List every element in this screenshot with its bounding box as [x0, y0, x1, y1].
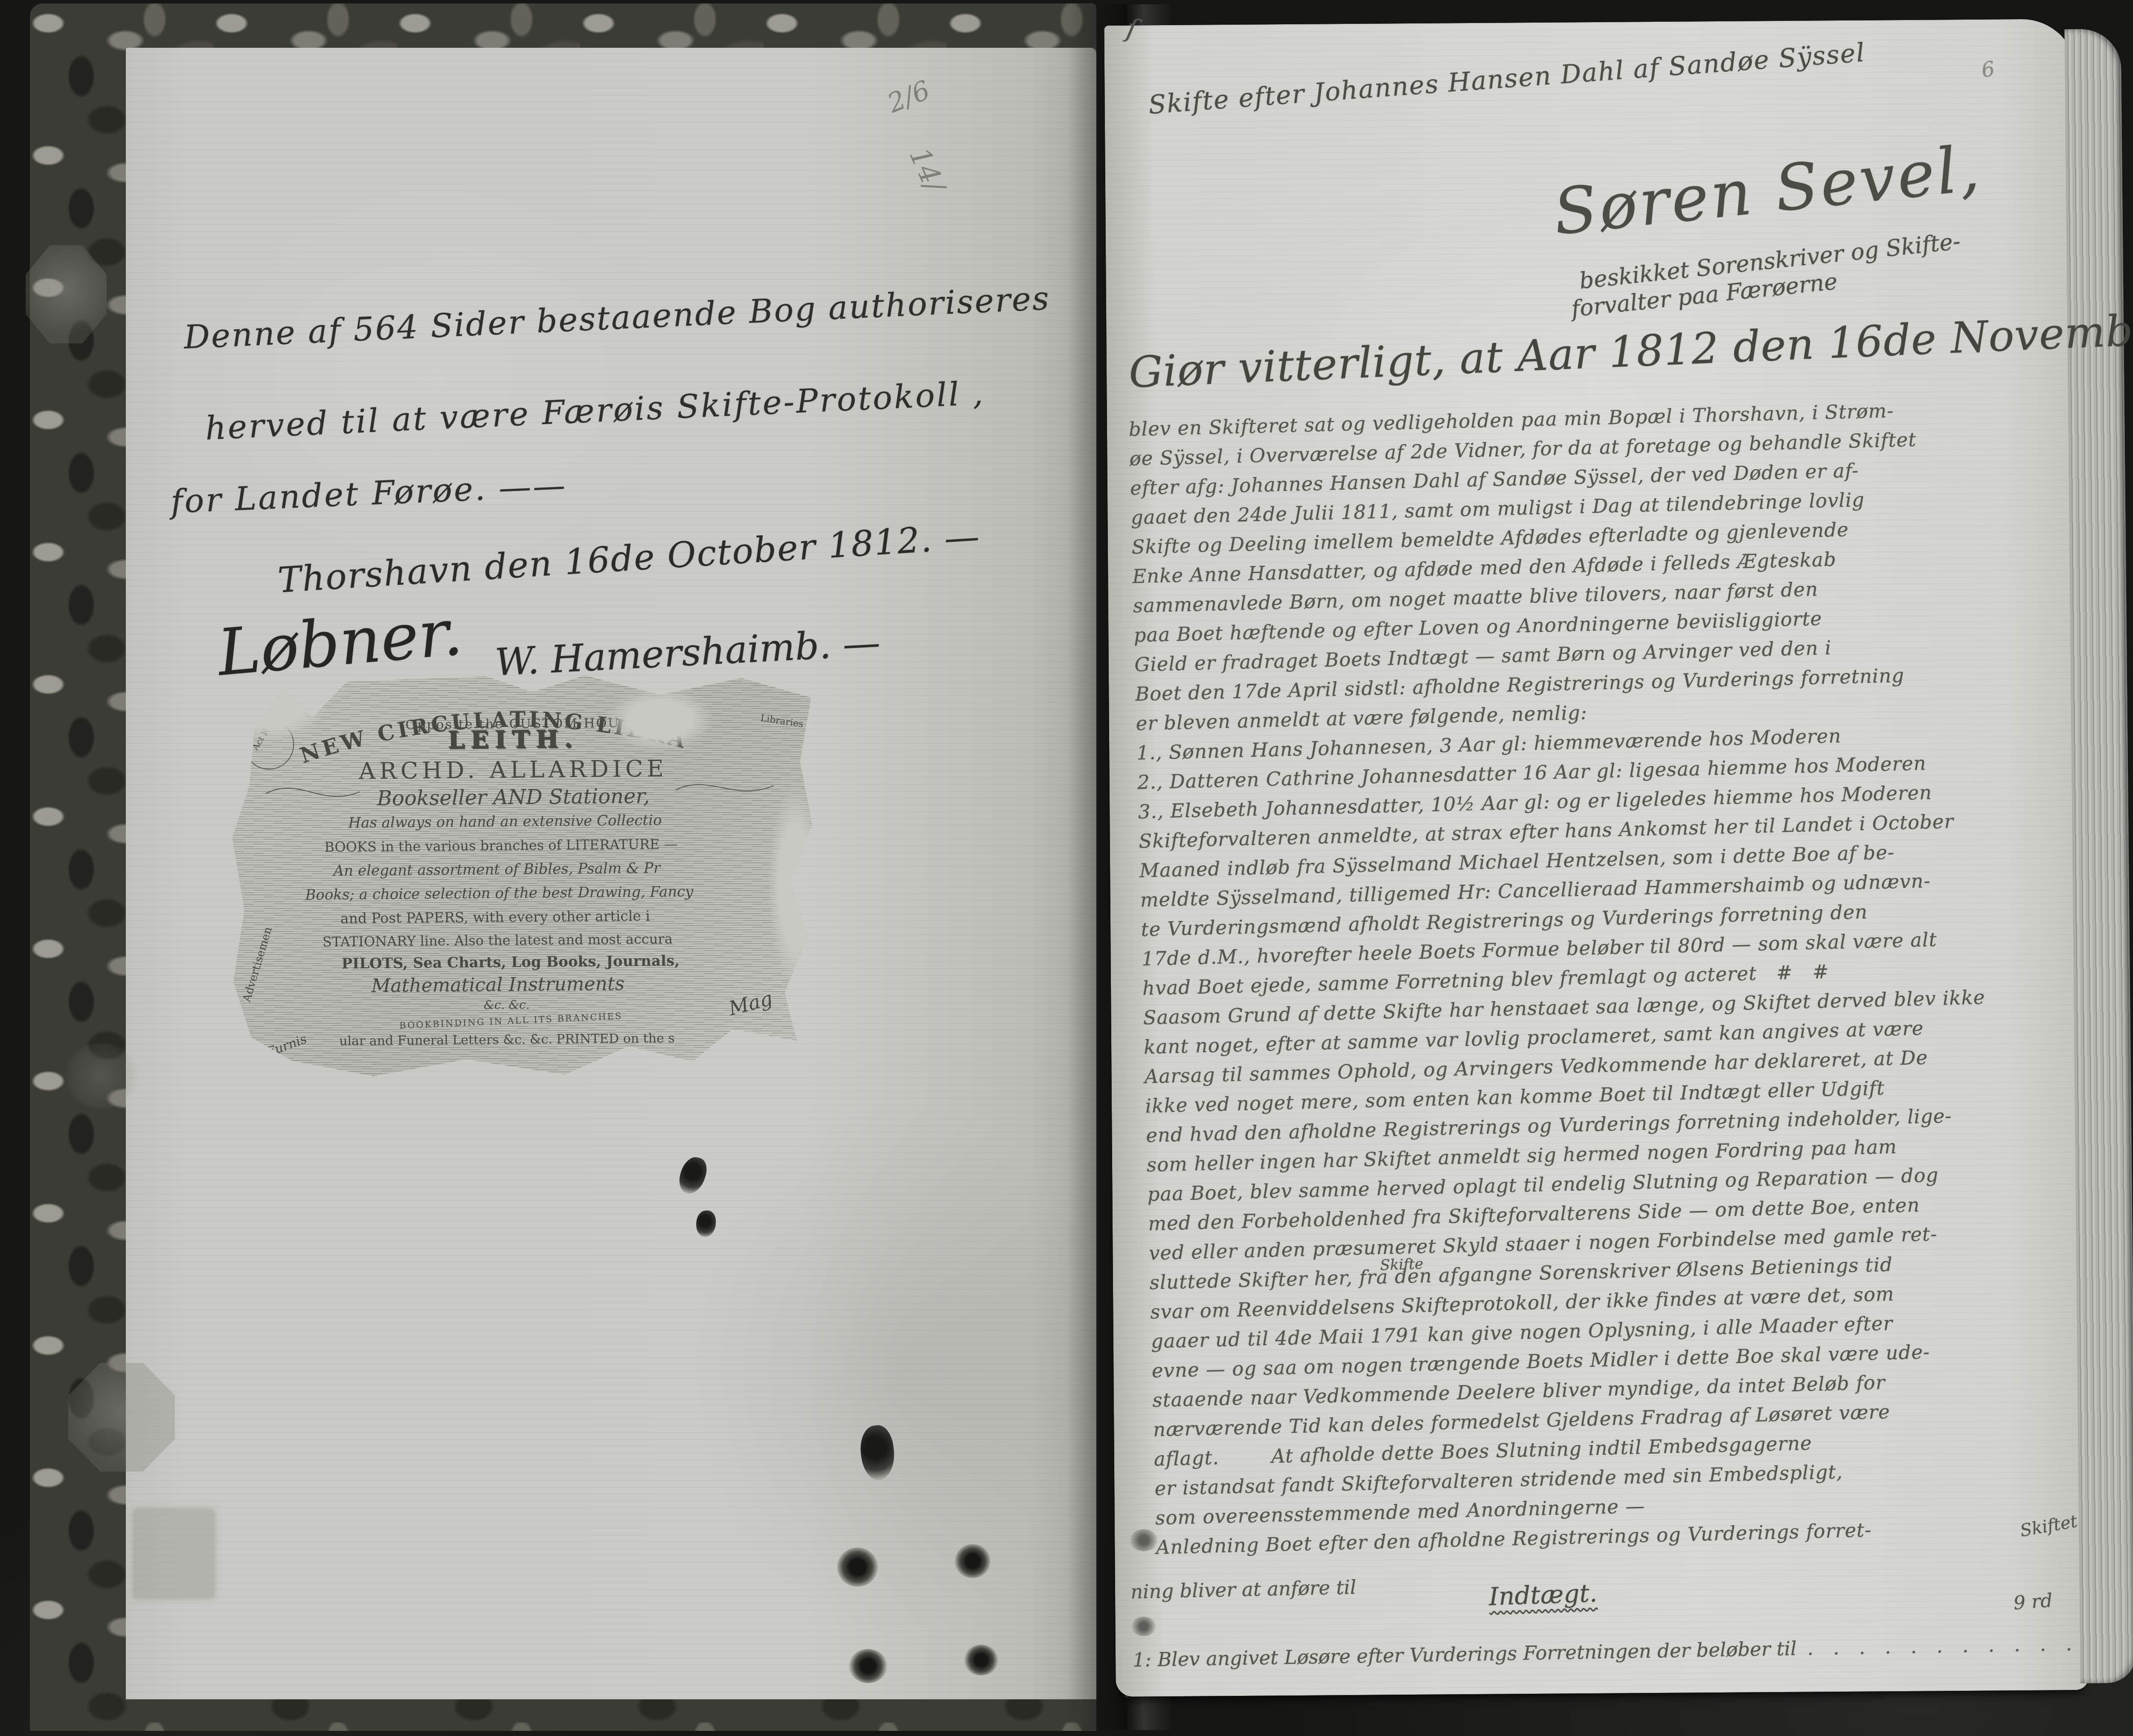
manuscript-body: blev en Skifteret sat og vedligeholden p…: [1128, 392, 2099, 1562]
pre-heading-line: ning bliver at anføre til: [1130, 1576, 1357, 1603]
heading-amount: 9 rd: [2013, 1590, 2053, 1614]
label-line-etc: &c. &c.: [484, 998, 530, 1012]
embossed-seal-top: [26, 245, 107, 343]
wormhole-1: [837, 1547, 878, 1587]
bookseller-trade-label: NEW CIRCULATING LIBRA Opposite the CUSTO…: [231, 673, 814, 1077]
label-town: LEITH.: [448, 725, 578, 754]
wormhole-2: [955, 1544, 991, 1578]
interlinear-insertion: Skifte: [1380, 1255, 1423, 1274]
label-line-instruments: Mathematical Instruments: [371, 973, 625, 997]
label-line-papers: and Post PAPERS, with every other articl…: [340, 907, 650, 926]
flourish-right: [675, 784, 773, 792]
wormhole-3: [849, 1649, 887, 1683]
label-line-stationary: STATIONARY line. Also the latest and mos…: [323, 931, 673, 950]
embossed-seal-bottom: [68, 1363, 175, 1472]
tape-fragment: [134, 1510, 213, 1597]
round-stain: [64, 1043, 139, 1109]
label-line-choice: Books; a choice selection of the best Dr…: [305, 883, 694, 904]
margin-smudge-1: [1130, 1529, 1158, 1551]
label-line-books: BOOKS in the various branches of LITERAT…: [324, 836, 677, 855]
label-subtitle: Bookseller AND Stationer,: [376, 784, 650, 810]
label-line-funeral: ular and Funeral Letters &c. &c. PRINTED…: [339, 1031, 675, 1049]
flourish-left: [266, 787, 360, 797]
label-line-bookbinding: BOOKBINDING IN ALL ITS BRANCHES: [399, 1011, 623, 1031]
income-entry-leaders: . . . . . . . . . . .: [1807, 1632, 2079, 1660]
income-heading: Indtægt.: [1488, 1579, 1598, 1611]
label-proprietor: ARCHD. ALLARDICE: [358, 755, 668, 784]
label-scrap-mag: Mag: [726, 987, 775, 1020]
margin-smudge-2: [1131, 1617, 1156, 1636]
wormhole-4: [964, 1645, 998, 1675]
label-line-has-always: Has always on hand an extensive Collecti…: [348, 812, 662, 831]
label-line-pilots: PILOTS, Sea Charts, Log Books, Journals,: [341, 952, 680, 973]
book-scan-photograph: 2/6 14/ Denne af 564 Sider bestaaende Bo…: [0, 0, 2133, 1736]
label-line-elegant: An elegant assortment of Bibles, Psalm &…: [332, 859, 661, 880]
label-scrap-advertisement: Advertisemen: [240, 925, 275, 1004]
label-tear-top-middle: [606, 687, 713, 752]
